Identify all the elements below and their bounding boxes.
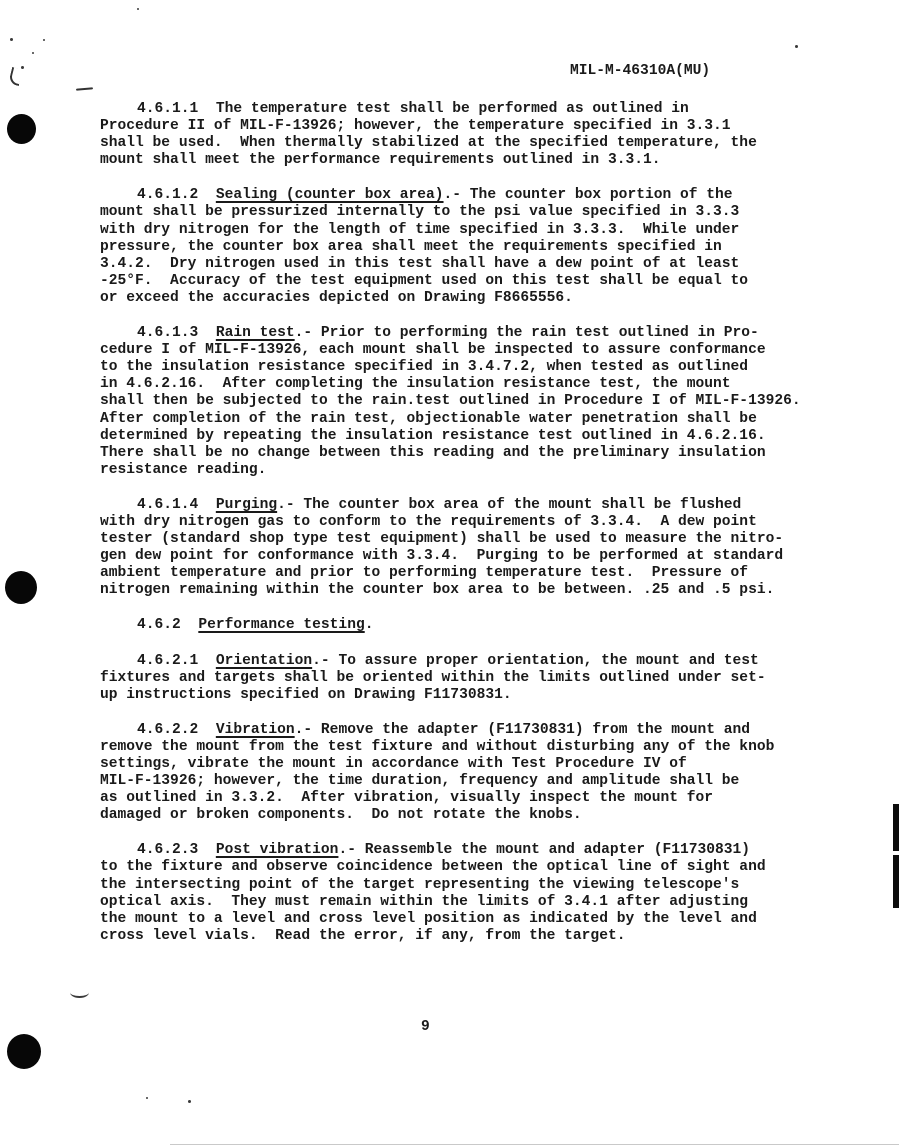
scan-speck <box>146 1097 148 1099</box>
paragraph-heading: Performance testing <box>198 617 364 633</box>
paragraph-heading: Rain test <box>216 325 295 341</box>
paragraph-number: 4.6.2 <box>137 617 198 633</box>
scan-speck <box>137 8 139 10</box>
scan-speck <box>43 39 45 41</box>
punch-hole-mark <box>7 1034 41 1069</box>
paragraph-heading: Orientation <box>216 653 312 669</box>
paragraph-4-6-1-4: 4.6.1.4 Purging.- The counter box area o… <box>100 497 880 600</box>
paragraph-heading: Post vibration <box>216 842 339 858</box>
scanned-document-page: MIL-M-46310A(MU) 4.6.1.1 The temperature… <box>0 0 899 1147</box>
paragraph-text: .- The counter box portion of the mount … <box>100 187 748 306</box>
document-number-header: MIL-M-46310A(MU) <box>570 63 710 80</box>
scan-speck <box>188 1100 191 1103</box>
paragraph-number: 4.6.1.3 <box>137 325 216 341</box>
document-body: 4.6.1.1 The temperature test shall be pe… <box>100 101 880 963</box>
paragraph-4-6-2-3: 4.6.2.3 Post vibration.- Reassemble the … <box>100 842 880 945</box>
paragraph-number: 4.6.2.2 <box>137 722 216 738</box>
scan-edge-line <box>170 1144 899 1145</box>
stray-pen-dash <box>76 87 93 90</box>
paragraph-text: .- Prior to performing the rain test out… <box>100 325 801 478</box>
punch-hole-mark <box>7 114 36 144</box>
stray-pen-curve <box>70 987 89 998</box>
paragraph-4-6-2-2: 4.6.2.2 Vibration.- Remove the adapter (… <box>100 722 880 825</box>
stray-pen-squiggle <box>8 67 23 86</box>
paragraph-number: 4.6.2.3 <box>137 842 216 858</box>
page-number: 9 <box>421 1019 430 1036</box>
scan-speck <box>10 38 13 41</box>
scan-speck <box>32 52 34 54</box>
paragraph-text: . <box>365 617 374 633</box>
paragraph-heading: Sealing (counter box area) <box>216 187 444 203</box>
paragraph-number: 4.6.1.1 <box>137 101 216 117</box>
margin-change-bar <box>893 804 899 851</box>
paragraph-4-6-2-1: 4.6.2.1 Orientation.- To assure proper o… <box>100 653 880 704</box>
scan-speck <box>795 45 798 48</box>
paragraph-4-6-1-3: 4.6.1.3 Rain test.- Prior to performing … <box>100 325 880 479</box>
paragraph-number: 4.6.1.4 <box>137 497 216 513</box>
paragraph-number: 4.6.1.2 <box>137 187 216 203</box>
paragraph-4-6-1-1: 4.6.1.1 The temperature test shall be pe… <box>100 101 880 169</box>
paragraph-4-6-2: 4.6.2 Performance testing. <box>100 617 880 634</box>
paragraph-heading: Purging <box>216 497 277 513</box>
punch-hole-mark <box>5 571 37 604</box>
paragraph-4-6-1-2: 4.6.1.2 Sealing (counter box area).- The… <box>100 187 880 307</box>
margin-change-bar <box>893 855 899 908</box>
paragraph-heading: Vibration <box>216 722 295 738</box>
paragraph-number: 4.6.2.1 <box>137 653 216 669</box>
